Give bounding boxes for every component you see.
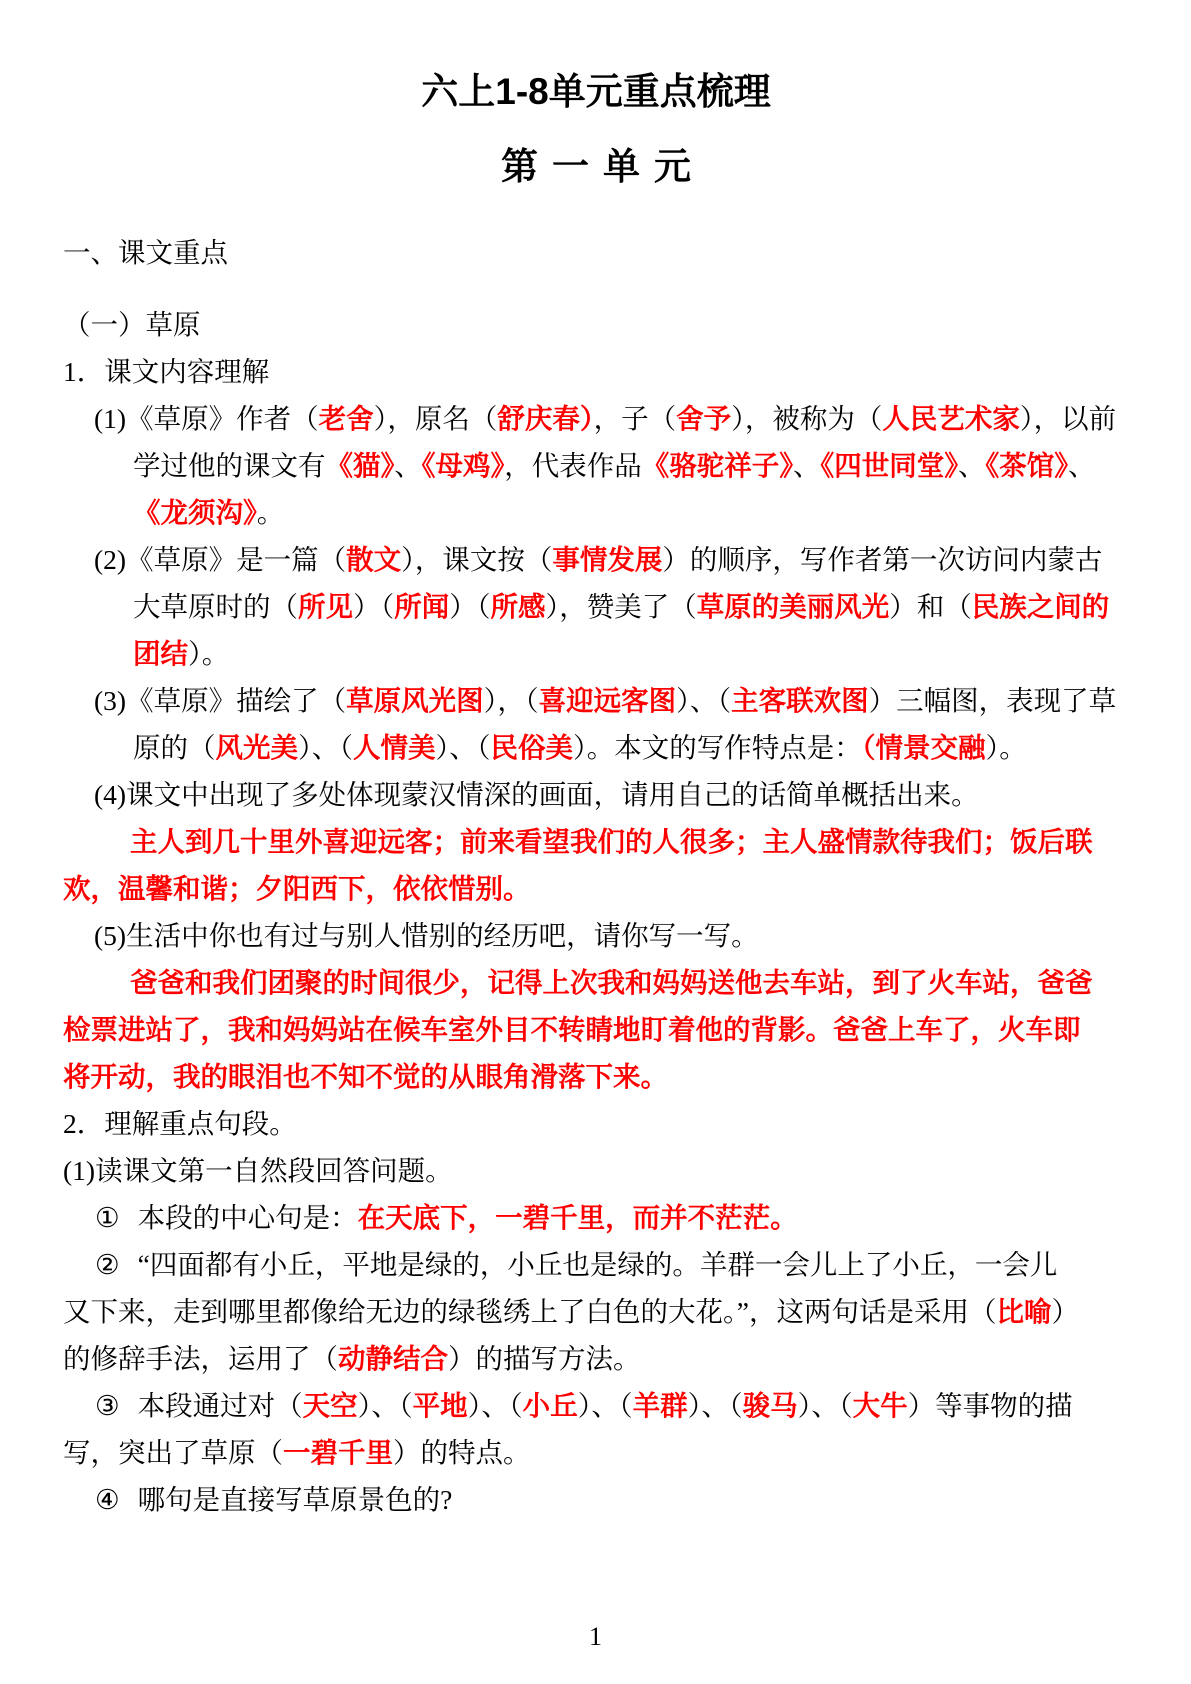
text-run: (3) xyxy=(94,685,126,716)
answer-highlight: 平地 xyxy=(413,1390,468,1421)
text-run: （一）草原 xyxy=(63,309,201,340)
text-run: (1)读课文第一自然段回答问题。 xyxy=(63,1155,453,1186)
document-title: 六上1-8单元重点梳理 xyxy=(63,70,1129,114)
text-run: 课文中出现了多处体现蒙汉情深的画面，请用自己的话简单概括出来。 xyxy=(126,779,979,810)
text-run: 《草原》是一篇（ xyxy=(126,544,346,575)
answer-highlight: 《猫》 xyxy=(326,450,395,481)
text-run: 、 xyxy=(793,450,821,481)
text-run: 本段的中心句是： xyxy=(138,1202,358,1233)
text-run: ）、（ xyxy=(676,685,731,716)
answer-highlight: 《母鸡》 xyxy=(422,450,505,481)
text-run: 2．理解重点句段。 xyxy=(63,1108,297,1139)
circled-question-3: ③本段通过对（天空）、（平地）、（小丘）、（羊群）、（骏马）、（大牛）等事物的描… xyxy=(63,1382,1079,1476)
answer-highlight: 散文 xyxy=(346,544,401,575)
text-run: ）、（ xyxy=(688,1390,743,1421)
answer-highlight: 主人到几十里外喜迎远客；前来看望我们的人很多；主人盛情款待我们；饭后联欢，温馨和… xyxy=(63,826,1093,904)
answer-highlight: 比喻 xyxy=(996,1296,1051,1327)
answer-highlight: 风光美 xyxy=(216,732,299,763)
answer-highlight: 骏马 xyxy=(743,1390,798,1421)
circled-number: ③ xyxy=(95,1390,120,1421)
question-item-1: (1)《草原》作者（老舍），原名（舒庆春），子（舍予），被称为（人民艺术家），以… xyxy=(63,395,1129,536)
answer-highlight: 民俗美 xyxy=(491,732,574,763)
circled-number: ④ xyxy=(95,1484,120,1515)
answer-highlight: 天空 xyxy=(303,1390,358,1421)
unit-heading: 第一单元 xyxy=(63,145,1129,189)
text-run: ）（ xyxy=(353,591,394,622)
text-run: ，子（ xyxy=(594,403,677,434)
answer-paragraph-2: 爸爸和我们团聚的时间很少，记得上次我和妈妈送他去车站，到了火车站，爸爸检票进站了… xyxy=(63,959,1107,1100)
circled-number: ① xyxy=(95,1202,120,1233)
numbered-heading-content-understanding: 1．课文内容理解 xyxy=(63,348,1129,395)
text-run: ）、（ xyxy=(436,732,491,763)
answer-highlight: 草原风光图 xyxy=(346,685,484,716)
numbered-heading-key-sentences: 2．理解重点句段。 xyxy=(63,1100,1129,1147)
answer-highlight: 人民艺术家 xyxy=(882,403,1020,434)
text-run: 本段通过对（ xyxy=(138,1390,303,1421)
answer-highlight: 一碧千里 xyxy=(283,1437,393,1468)
text-run: ）。 xyxy=(986,732,1027,763)
circled-question-2: ②“四面都有小丘，平地是绿的，小丘也是绿的。羊群一会儿上了小丘，一会儿又下来，走… xyxy=(63,1241,1079,1382)
text-run: (2) xyxy=(94,544,126,575)
answer-highlight: 爸爸和我们团聚的时间很少，记得上次我和妈妈送他去车站，到了火车站，爸爸检票进站了… xyxy=(63,967,1093,1092)
answer-highlight: 老舍 xyxy=(319,403,374,434)
answer-highlight: 羊群 xyxy=(633,1390,688,1421)
answer-highlight: 草原的美丽风光 xyxy=(697,591,890,622)
text-run: 1．课文内容理解 xyxy=(63,356,269,387)
question-item-2: (2)《草原》是一篇（散文），课文按（事情发展）的顺序，写作者第一次访问内蒙古大… xyxy=(63,536,1111,677)
text-run: ）、（ xyxy=(468,1390,523,1421)
text-run: 。 xyxy=(257,497,285,528)
text-run: (4) xyxy=(94,779,126,810)
text-run: 哪句是直接写草原景色的? xyxy=(138,1484,453,1515)
text-run: (5) xyxy=(94,920,126,951)
answer-highlight: 《骆驼祥子》 xyxy=(642,450,793,481)
answer-highlight: 舍予 xyxy=(676,403,731,434)
circled-number: ② xyxy=(95,1249,120,1280)
circled-question-4: ④哪句是直接写草原景色的? xyxy=(63,1476,1079,1523)
text-run: ），被称为（ xyxy=(731,403,882,434)
text-run: ），（ xyxy=(484,685,539,716)
text-run: ），赞美了（ xyxy=(546,591,697,622)
text-run: (1) xyxy=(94,403,126,434)
text-run: ）的特点。 xyxy=(393,1437,531,1468)
question-item-3: (3)《草原》描绘了（草原风光图），（喜迎远客图）、（主客联欢图）三幅图，表现了… xyxy=(63,677,1129,771)
answer-highlight: 喜迎远客图 xyxy=(539,685,677,716)
text-run: 《草原》作者（ xyxy=(126,403,319,434)
text-run: 、 xyxy=(394,450,422,481)
text-run: ）、（ xyxy=(798,1390,853,1421)
answer-highlight: 所感 xyxy=(491,591,546,622)
answer-highlight: 舒庆春） xyxy=(497,403,593,434)
circled-question-1: ①本段的中心句是：在天底下，一碧千里，而并不茫茫。 xyxy=(63,1194,1079,1241)
answer-highlight: 《茶馆》 xyxy=(986,450,1069,481)
text-run: ）。本文的写作特点是： xyxy=(573,732,862,763)
text-run: ）、（ xyxy=(578,1390,633,1421)
text-run: ）、（ xyxy=(358,1390,413,1421)
text-run: ），课文按（ xyxy=(401,544,552,575)
text-run: ）和（ xyxy=(889,591,972,622)
section-heading-keypoints: 一、课文重点 xyxy=(63,229,1129,276)
answer-highlight: 所见 xyxy=(298,591,353,622)
subsection-heading-caoyuan: （一）草原 xyxy=(63,301,1129,348)
question-item-5: (5)生活中你也有过与别人惜别的经历吧，请你写一写。 xyxy=(63,912,1129,959)
text-run: “四面都有小丘，平地是绿的，小丘也是绿的。羊群一会儿上了小丘，一会儿又下来，走到… xyxy=(63,1249,1057,1327)
text-run: 一、课文重点 xyxy=(63,237,228,268)
page-number: 1 xyxy=(0,1622,1191,1652)
answer-paragraph-1: 主人到几十里外喜迎远客；前来看望我们的人很多；主人盛情款待我们；饭后联欢，温馨和… xyxy=(63,818,1107,912)
answer-highlight: 小丘 xyxy=(523,1390,578,1421)
text-run: ）的描写方法。 xyxy=(448,1343,641,1374)
text-run: ，代表作品 xyxy=(504,450,642,481)
text-run: 、 xyxy=(1068,450,1096,481)
answer-highlight: 事情发展 xyxy=(552,544,662,575)
answer-highlight: 所闻 xyxy=(394,591,449,622)
answer-highlight: 人情美 xyxy=(353,732,436,763)
question-item-4: (4)课文中出现了多处体现蒙汉情深的画面，请用自己的话简单概括出来。 xyxy=(63,771,1129,818)
text-run: ），原名（ xyxy=(374,403,498,434)
text-run: 生活中你也有过与别人惜别的经历吧，请你写一写。 xyxy=(126,920,759,951)
sub-question-read-paragraph: (1)读课文第一自然段回答问题。 xyxy=(63,1147,1129,1194)
answer-highlight: 动静结合 xyxy=(338,1343,448,1374)
document-page: 六上1-8单元重点梳理 第一单元 一、课文重点 （一）草原 1．课文内容理解 (… xyxy=(0,0,1191,1684)
text-run: 、 xyxy=(958,450,986,481)
answer-highlight: 大牛 xyxy=(853,1390,908,1421)
answer-highlight: 主客联欢图 xyxy=(731,685,869,716)
answer-highlight: 在天底下，一碧千里，而并不茫茫。 xyxy=(358,1202,798,1233)
text-run: ）（ xyxy=(449,591,490,622)
text-run: 《草原》描绘了（ xyxy=(126,685,346,716)
answer-highlight: （情景交融 xyxy=(862,732,986,763)
answer-highlight: 《龙须沟》 xyxy=(133,497,257,528)
text-run: ）、（ xyxy=(298,732,353,763)
text-run: ）。 xyxy=(188,638,229,669)
answer-highlight: 《四世同堂》 xyxy=(821,450,959,481)
